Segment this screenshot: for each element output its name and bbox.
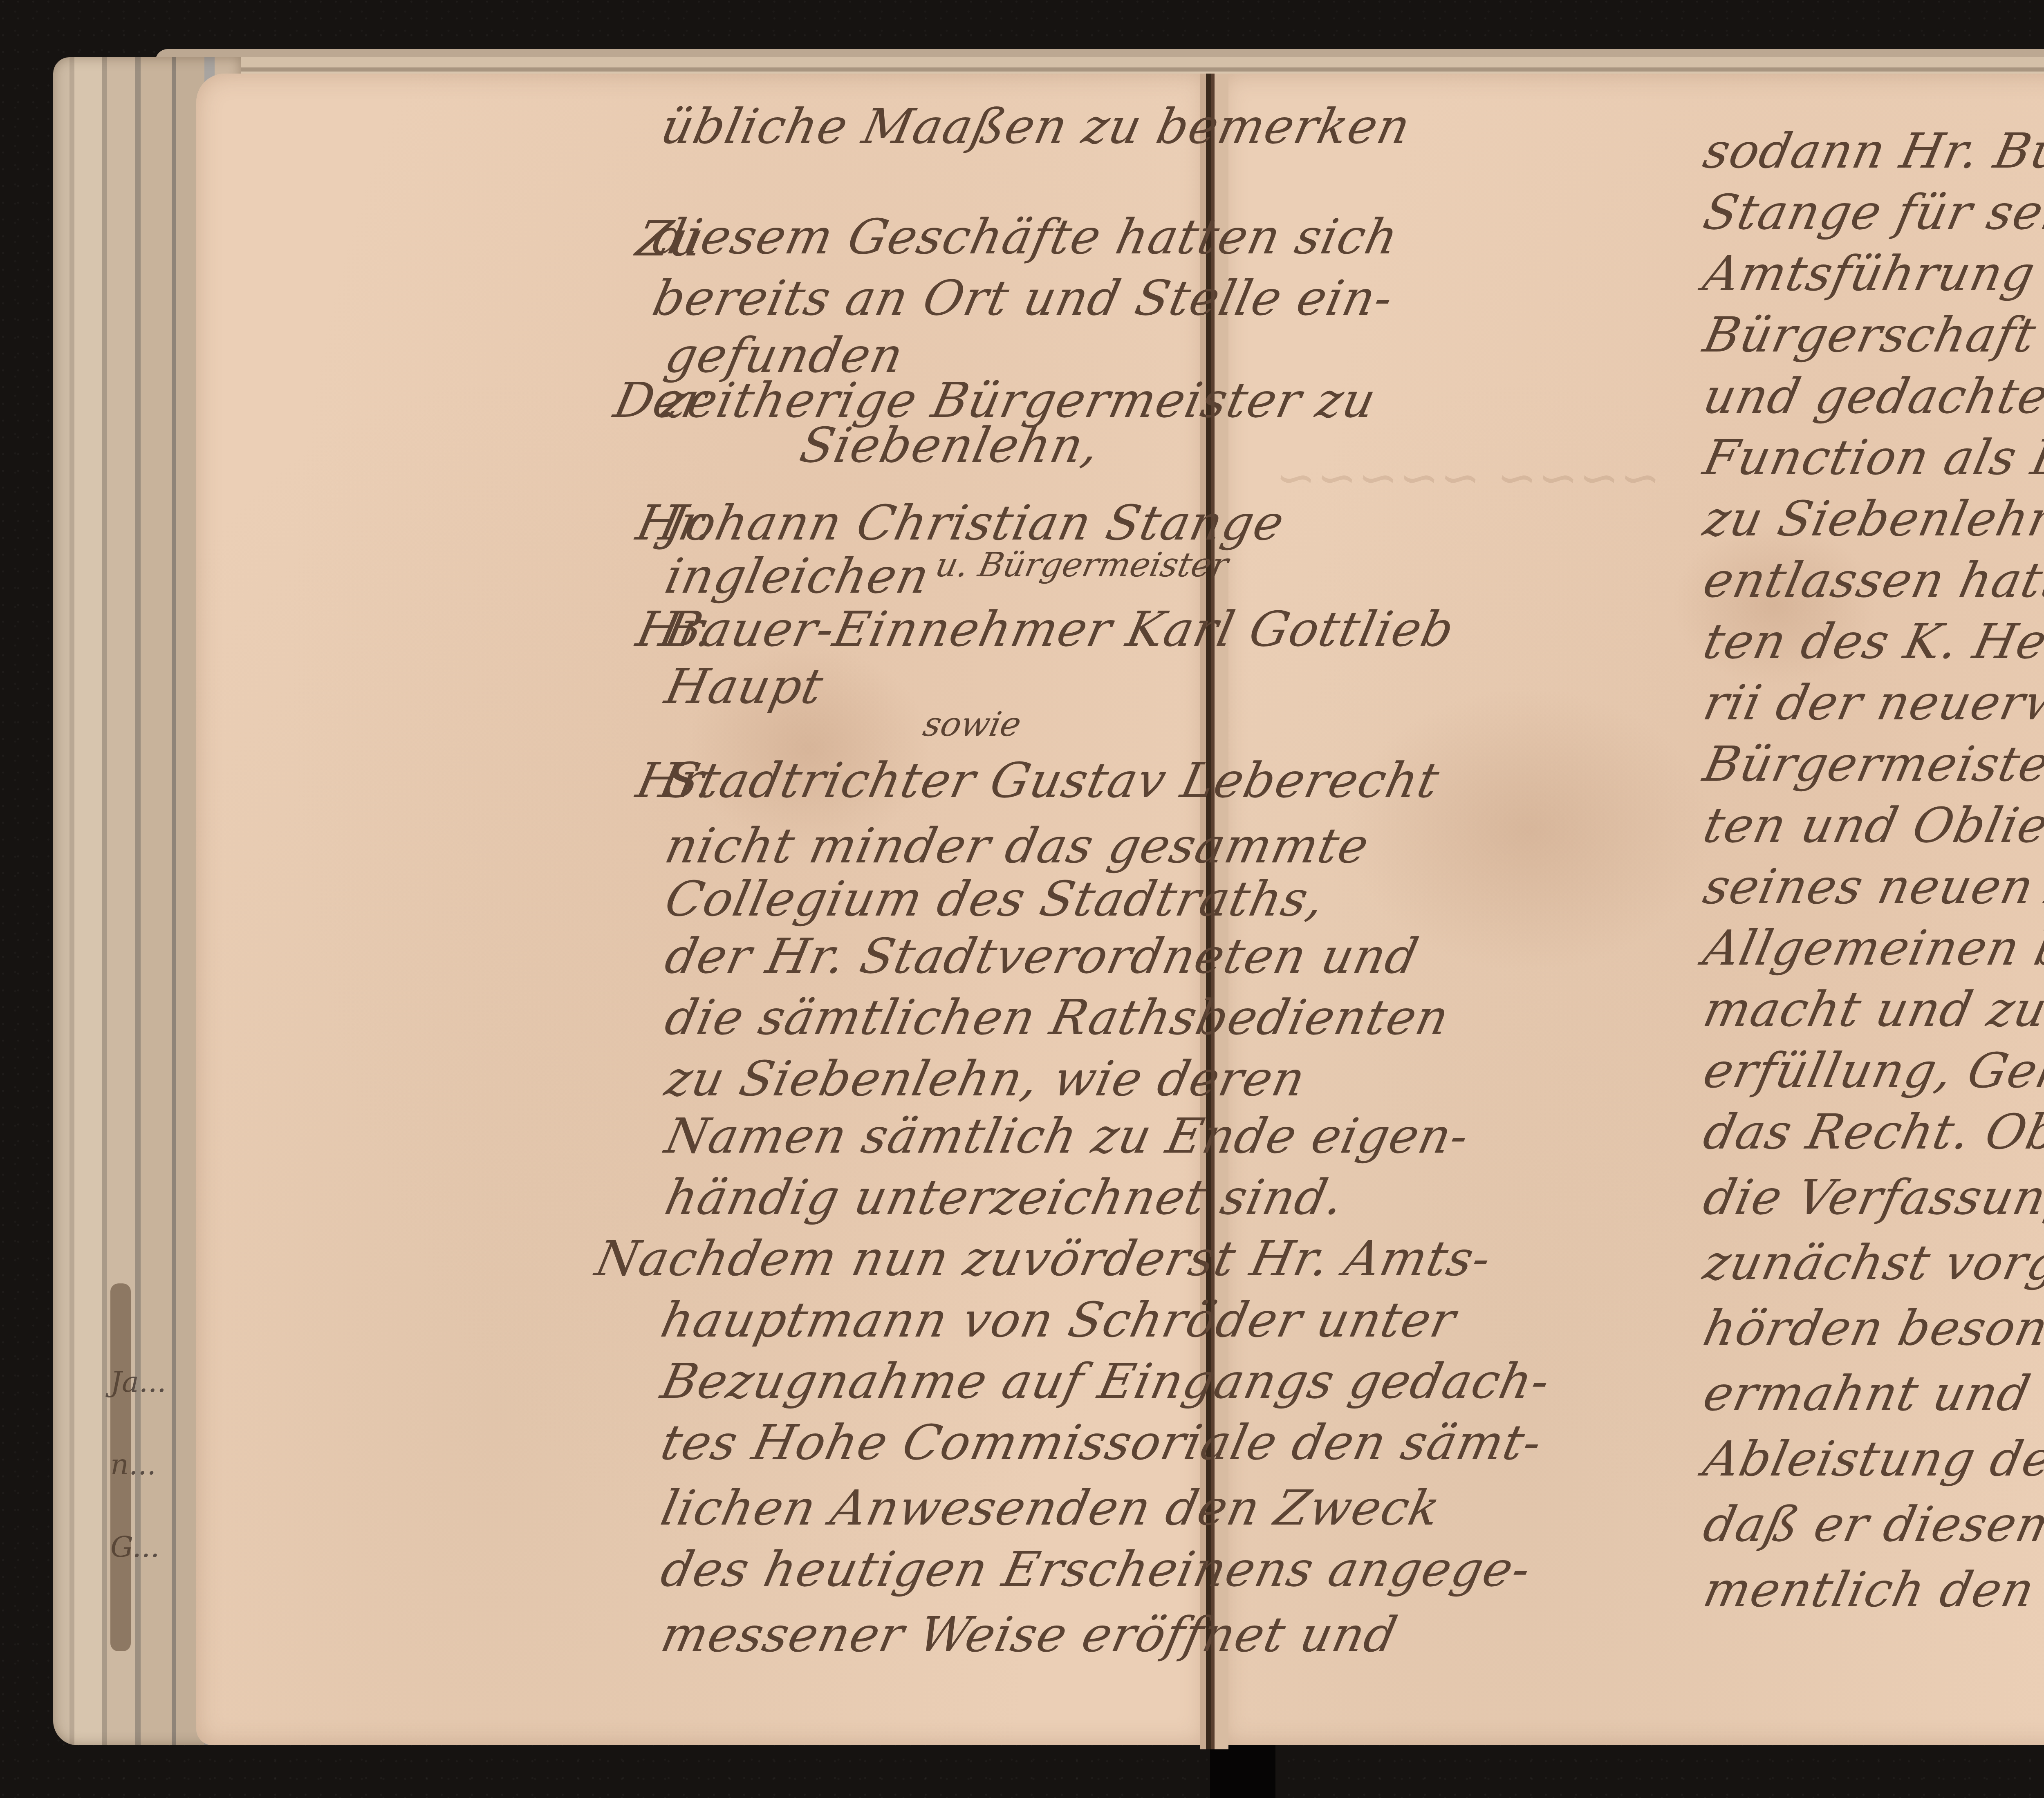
text-line: Bezugnahme auf Eingangs gedach-: [656, 1353, 1555, 1409]
text-line: tes Hohe Commissoriale den sämt-: [656, 1414, 1547, 1471]
text-line: Siebenlehn,: [795, 417, 1105, 473]
text-line: Bürgerschaft ausgedrückt,: [1699, 307, 2044, 363]
text-line: messener Weise eröffnet und: [656, 1606, 1403, 1663]
bleed-through-ink: ~~~~ ~~~~~: [1269, 450, 1667, 506]
text-line: und gedachten Herrn seiner: [1699, 368, 2044, 424]
text-line: Namen sämtlich zu Ende eigen-: [660, 1108, 1474, 1164]
text-line: die Verfassung und die ihm: [1699, 1169, 2044, 1225]
text-line: übliche Maaßen zu bemerken: [656, 98, 1416, 154]
text-line: ten und Obliegenheiten: [1699, 797, 2044, 853]
text-line: Ableistung des Handschlags: [1699, 1431, 2044, 1487]
text-line: diesem Geschäfte hatten sich: [648, 208, 1404, 265]
text-line: Johann Christian Stange: [660, 495, 1290, 551]
interlinear-insert: sowie: [920, 705, 1025, 744]
text-line: ermahnt und er sodann zu: [1699, 1365, 2044, 1422]
text-line: die sämtlichen Rathsbedienten: [660, 989, 1455, 1046]
text-line: hörden besonders eindringlich: [1699, 1300, 2044, 1356]
text-line: nicht minder das gesammte: [660, 817, 1374, 874]
text-line: der Hr. Stadtverordneten und: [660, 928, 1424, 984]
text-line: ingleichen: [660, 548, 935, 604]
interlinear-insert: u. Bürgermeister: [932, 546, 1232, 584]
text-line: seines neuen Amtes im: [1699, 858, 2044, 915]
text-line: Bauer-Einnehmer Karl Gottlieb: [660, 601, 1459, 657]
text-line: lichen Anwesenden den Zweck: [656, 1480, 1446, 1536]
text-line: zu Siebenlehn, wie deren: [660, 1050, 1311, 1107]
text-line: entlassen hatte, ward Sei-: [1699, 552, 2044, 608]
text-line: erfüllung, Gehorsam gegen: [1699, 1042, 2044, 1099]
text-line: das Recht. Obrigkeit wie: [1699, 1104, 2044, 1160]
text-line: mentlich den in der dießfalls: [1699, 1561, 2044, 1618]
text-line: ten des K. Herrn Commissa-: [1699, 613, 2044, 669]
gap-below-spine: [1210, 1741, 1275, 1798]
text-line: zu Siebenlehn gehörig: [1699, 490, 2044, 547]
text-line: Stadtrichter Gustav Leberecht: [660, 752, 1444, 808]
text-line: bereits an Ort und Stelle ein-: [648, 270, 1398, 326]
text-line: Collegium des Stadtraths,: [660, 871, 1330, 927]
text-line: Stange für seine bisherige: [1699, 184, 2044, 240]
text-line: hauptmann von Schröder unter: [656, 1292, 1461, 1348]
bound-strip-fragments: Ja... n... G...: [110, 1365, 166, 1564]
text-line: Nachdem nun zuvörderst Hr. Amts-: [591, 1230, 1496, 1287]
text-line: sodann Hr. Bürgermeister: [1699, 123, 2044, 179]
text-line: daß er diesem Allen und na-: [1699, 1496, 2044, 1552]
text-line: Function als Bürgermeister: [1699, 429, 2044, 486]
text-line: Allgemeinen bekannt ge-: [1699, 920, 2044, 976]
text-line: macht und zu treuer Pflicht-: [1699, 981, 2044, 1037]
text-line: zunächst vorgesetzten Be-: [1699, 1234, 2044, 1291]
text-line: rii der neuerwählte Hr.: [1699, 674, 2044, 731]
text-line: Haupt: [660, 658, 829, 714]
text-line: des heutigen Erscheinens angege-: [656, 1541, 1536, 1597]
text-line: händig unterzeichnet sind.: [660, 1169, 1349, 1225]
text-line: Amtsführung den Dank der: [1699, 245, 2044, 302]
text-line: Bürgermeister mit den Pflich-: [1699, 736, 2044, 792]
